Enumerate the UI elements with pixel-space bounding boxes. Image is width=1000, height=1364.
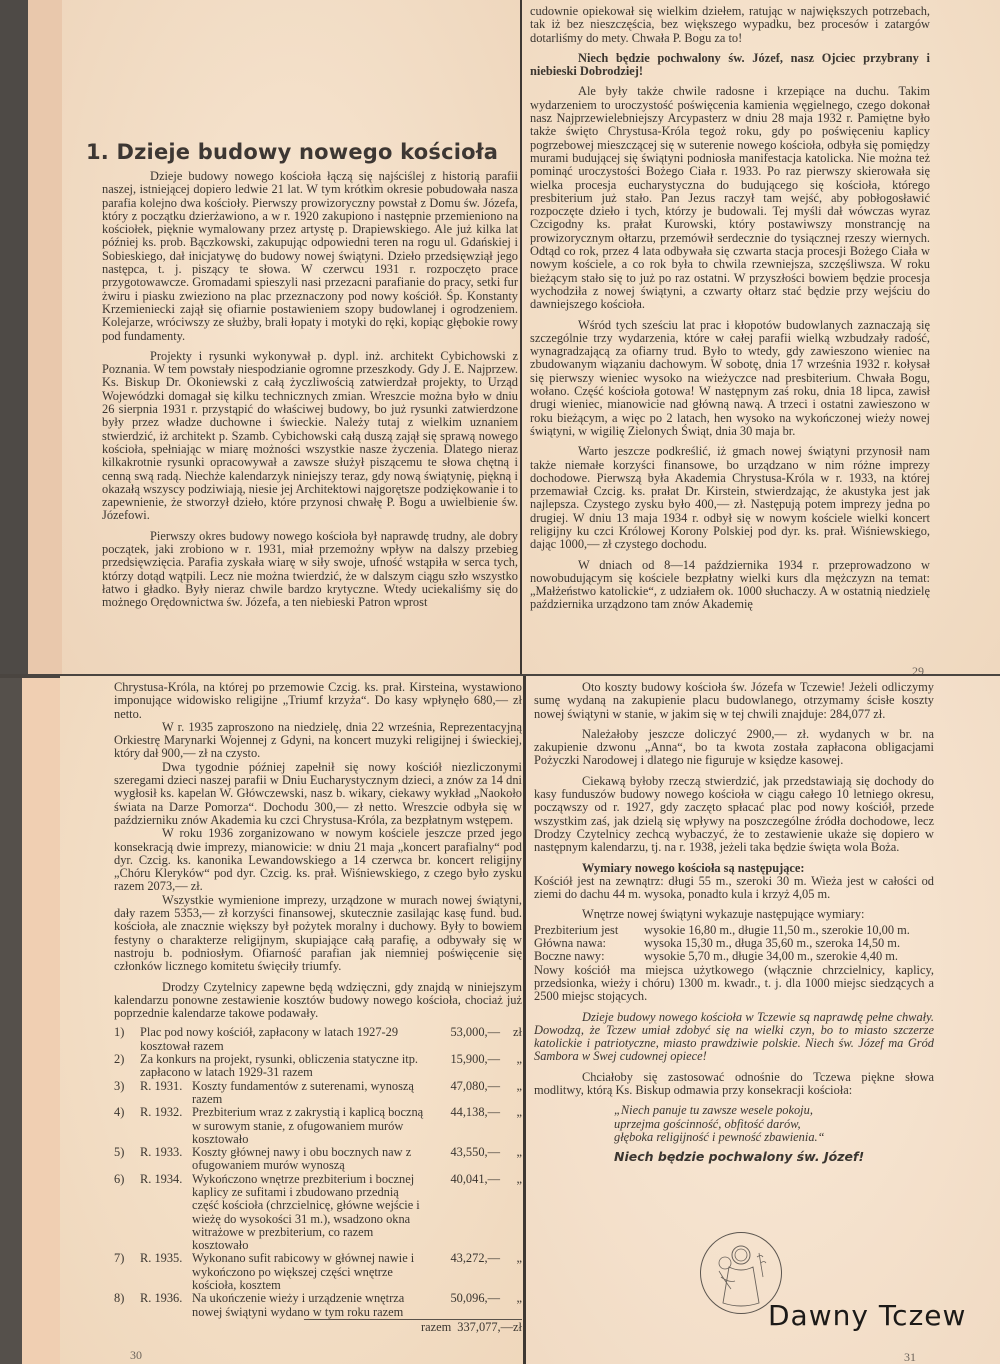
row-description: Na ukończenie wieży i urządzenie wnętrza… [192,1292,424,1319]
row-year: R. 1931. [140,1080,192,1107]
cost-table: 1)Plac pod nowy kościół, zapłacony w lat… [114,1026,522,1334]
prayer-quote: „Niech panuje tu zawsze wesele pokoju, u… [614,1104,934,1144]
paragraph: Wnętrze nowej świątyni wykazuje następuj… [534,908,934,921]
paragraph: Ciekawą byłoby rzeczą stwierdzić, jak pr… [534,775,934,855]
paragraph: W dniach od 8—14 października 1934 r. pr… [530,559,930,612]
page-30: Chrystusa-Króla, na której po przemowie … [60,676,526,1364]
cost-row: 3)R. 1931.Koszty fundamentów z suterenam… [114,1080,522,1107]
page-30-text: Chrystusa-Króla, na której po przemowie … [114,681,522,1334]
paragraph: Należałoby jeszcze doliczyć 2900,— zł. w… [534,728,934,768]
dimensions-heading: Wymiary nowego kościoła są następujące: [534,862,934,875]
capacity: Nowy kościół ma miejsca użytkowego (włąc… [534,964,934,1004]
paragraph: Ale były także chwile radosne i krzepiąc… [530,85,930,311]
prayer-line: „Niech panuje tu zawsze wesele pokoju, [614,1104,934,1117]
row-description: Koszty fundamentów z suterenami, wynoszą… [192,1080,424,1107]
page-29: cudownie opiekował się wielkim dziełem, … [522,0,1000,676]
row-year: R. 1935. [140,1252,192,1292]
page-28-text: Dzieje budowy nowego kościoła łączą się … [102,170,518,610]
row-year: R. 1936. [140,1292,192,1319]
row-year: R. 1934. [140,1173,192,1253]
paragraph: cudownie opiekował się wielkim dziełem, … [530,5,930,45]
row-unit: „ [500,1292,522,1319]
total-label: razem [421,1321,451,1334]
row-unit: „ [500,1053,522,1080]
dimension-row: Boczne nawy:wysokie 5,70 m., długie 34,0… [534,950,934,963]
row-unit: zł [500,1026,522,1053]
row-amount: 40,041,— [424,1173,500,1253]
dimension-values: wysokie 5,70 m., długie 34,00 m., szerok… [644,950,898,963]
row-amount: 53,000,— [424,1026,500,1053]
page-31-text: Oto koszty budowy kościoła św. Józefa w … [534,681,934,1164]
cost-row: 5)R. 1933.Koszty głównej nawy i obu bocz… [114,1146,522,1173]
row-number: 3) [114,1080,140,1107]
paragraph: Drodzy Czytelnicy zapewne będą wdzięczni… [114,981,522,1021]
book-edge-bottom [0,676,60,1364]
invocation: Niech będzie pochwalony św. Józef, nasz … [530,52,930,79]
paragraph: Wśród tych sześciu lat prac i kłopotów b… [530,319,930,439]
page-29-text: cudownie opiekował się wielkim dziełem, … [530,5,930,612]
cost-row: 7)R. 1935.Wykonano sufit rabicowy w głów… [114,1252,522,1292]
row-year: R. 1933. [140,1146,192,1173]
row-number: 8) [114,1292,140,1319]
page-number: 31 [904,1350,916,1364]
total-unit: zł [513,1321,522,1334]
paragraph: Projekty i rysunki wykonywał p. dypl. in… [102,350,518,523]
row-description: Prezbiterium wraz z zakrystią i kaplicą … [192,1106,424,1146]
row-unit: „ [500,1173,522,1253]
row-unit: „ [500,1252,522,1292]
paragraph: Wszystkie wymienione imprezy, urządzone … [114,894,522,974]
row-amount: 47,080,— [424,1080,500,1107]
row-year: R. 1932. [140,1106,192,1146]
row-unit: „ [500,1146,522,1173]
cost-total: razem 337,077,— zł [304,1319,522,1334]
row-amount: 44,138,— [424,1106,500,1146]
row-number: 1) [114,1026,140,1053]
row-description: Wykonano sufit rabicowy w głównej nawie … [192,1252,424,1292]
watermark: Dawny Tczew [768,1299,966,1332]
prayer-line: uprzejma gościnność, obfitość darów, [614,1118,934,1131]
dimension-row: Główna nawa:wysoka 15,30 m., długa 35,60… [534,937,934,950]
row-number: 2) [114,1053,140,1080]
chapter-heading: 1. Dzieje budowy nowego kościoła [86,140,498,164]
paragraph: Dwa tygodnie później zapełnił się nowy k… [114,761,522,827]
paragraph: Oto koszty budowy kościoła św. Józefa w … [534,681,934,721]
row-number: 5) [114,1146,140,1173]
paragraph: Warto jeszcze podkreślić, iż gmach nowej… [530,445,930,551]
row-amount: 43,550,— [424,1146,500,1173]
dimension-values: wysoka 15,30 m., długa 35,60 m., szeroka… [644,937,900,950]
book-edge-top [0,0,62,676]
dimension-values: wysokie 16,80 m., długie 11,50 m., szero… [644,924,910,937]
dimension-label: Prezbiterium jest [534,924,644,937]
cost-row: 2)Za konkurs na projekt, rysunki, oblicz… [114,1053,522,1080]
row-number: 4) [114,1106,140,1146]
cost-row: 1)Plac pod nowy kościół, zapłacony w lat… [114,1026,522,1053]
page-28: 1. Dzieje budowy nowego kościoła Dzieje … [62,0,522,676]
paragraph: Kościół jest na zewnątrz: długi 55 m., s… [534,875,934,902]
row-description: Za konkurs na projekt, rysunki, obliczen… [140,1053,424,1080]
dimensions-table: Prezbiterium jestwysokie 16,80 m., długi… [534,924,934,964]
cost-row: 8)R. 1936.Na ukończenie wieży i urządzen… [114,1292,522,1319]
row-description: Plac pod nowy kościół, zapłacony w latac… [140,1026,424,1053]
cost-row: 6)R. 1934.Wykończono wnętrze prezbiteriu… [114,1173,522,1253]
cost-row: 4)R. 1932.Prezbiterium wraz z zakrystią … [114,1106,522,1146]
row-unit: „ [500,1106,522,1146]
paragraph: W roku 1936 zorganizowano w nowym koście… [114,827,522,893]
paragraph: Chrystusa-Króla, na której po przemowie … [114,681,522,721]
row-amount: 43,272,— [424,1252,500,1292]
final-invocation: Niech będzie pochwalony św. Józef! [614,1150,934,1163]
paragraph: W r. 1935 zaproszono na niedzielę, dnia … [114,721,522,761]
row-number: 6) [114,1173,140,1253]
page-number: 30 [130,1348,142,1363]
row-unit: „ [500,1080,522,1107]
dimension-label: Główna nawa: [534,937,644,950]
closing-italic: Dzieje budowy nowego kościoła w Tczewie … [534,1011,934,1064]
row-number: 7) [114,1252,140,1292]
dimension-row: Prezbiterium jestwysokie 16,80 m., długi… [534,924,934,937]
page-31: Oto koszty budowy kościoła św. Józefa w … [526,676,1000,1364]
row-amount: 15,900,— [424,1053,500,1080]
total-amount: 337,077,— [457,1321,513,1334]
row-description: Wykończono wnętrze prezbiterium i boczne… [192,1173,424,1253]
row-amount: 50,096,— [424,1292,500,1319]
paragraph: Pierwszy okres budowy nowego kościoła by… [102,530,518,610]
dimension-label: Boczne nawy: [534,950,644,963]
row-description: Koszty głównej nawy i obu bocznych naw z… [192,1146,424,1173]
prayer-line: głęboka religijność i pewność zbawienia.… [614,1131,934,1144]
paragraph: Dzieje budowy nowego kościoła łączą się … [102,170,518,343]
prayer-intro: Chciałoby się zastosować odnośnie do Tcz… [534,1071,934,1098]
